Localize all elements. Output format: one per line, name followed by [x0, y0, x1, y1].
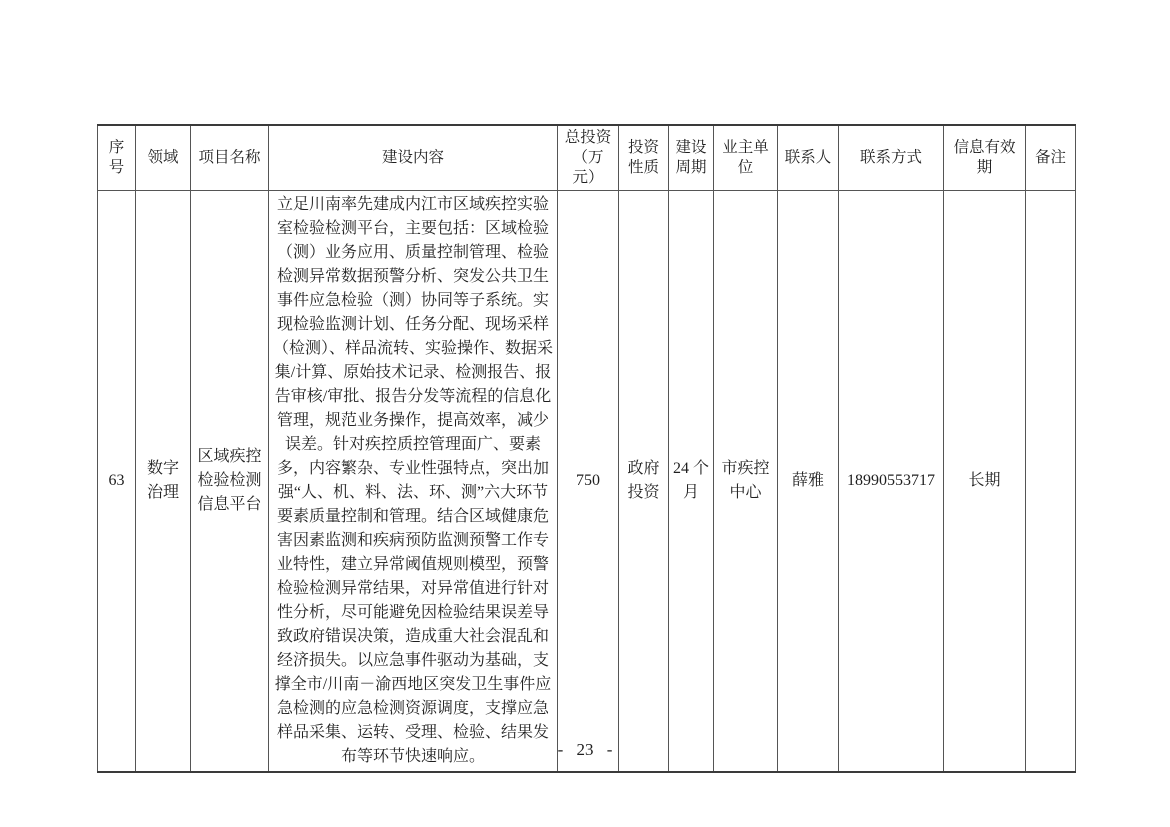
cell-validity-period: 长期 — [944, 191, 1026, 773]
col-header-total-investment: 总投资 （万元） — [558, 125, 619, 191]
col-header-construction-period: 建设 周期 — [669, 125, 714, 191]
cell-investment-nature: 政府 投资 — [619, 191, 669, 773]
cell-project-name: 区域疾控 检验检测 信息平台 — [191, 191, 269, 773]
cell-construction-content: 立足川南率先建成内江市区域疾控实验室检验检测平台，主要包括：区域检验（测）业务应… — [269, 191, 558, 773]
cell-owner-unit: 市疾控 中心 — [714, 191, 778, 773]
col-header-remark: 备注 — [1026, 125, 1076, 191]
table-row: 63 数字 治理 区域疾控 检验检测 信息平台 立足川南率先建成内江市区域疾控实… — [98, 191, 1076, 773]
table-header-row: 序 号 领域 项目名称 建设内容 总投资 （万元） 投资 性质 建设 周期 业主… — [98, 125, 1076, 191]
cell-construction-period: 24 个 月 — [669, 191, 714, 773]
col-header-project-name: 项目名称 — [191, 125, 269, 191]
page-number: - 23 - — [0, 740, 1170, 760]
cell-seq: 63 — [98, 191, 136, 773]
col-header-owner-unit: 业主单 位 — [714, 125, 778, 191]
col-header-investment-nature: 投资 性质 — [619, 125, 669, 191]
col-header-seq: 序 号 — [98, 125, 136, 191]
cell-contact-person: 薛雅 — [778, 191, 839, 773]
col-header-construction-content: 建设内容 — [269, 125, 558, 191]
col-header-field: 领域 — [136, 125, 191, 191]
document-page: 序 号 领域 项目名称 建设内容 总投资 （万元） 投资 性质 建设 周期 业主… — [0, 0, 1170, 827]
cell-field: 数字 治理 — [136, 191, 191, 773]
projects-table: 序 号 领域 项目名称 建设内容 总投资 （万元） 投资 性质 建设 周期 业主… — [97, 124, 1076, 773]
cell-remark — [1026, 191, 1076, 773]
cell-total-investment: 750 — [558, 191, 619, 773]
cell-contact-number: 18990553717 — [839, 191, 944, 773]
col-header-contact-method: 联系方式 — [839, 125, 944, 191]
col-header-validity-period: 信息有效 期 — [944, 125, 1026, 191]
col-header-contact-person: 联系人 — [778, 125, 839, 191]
